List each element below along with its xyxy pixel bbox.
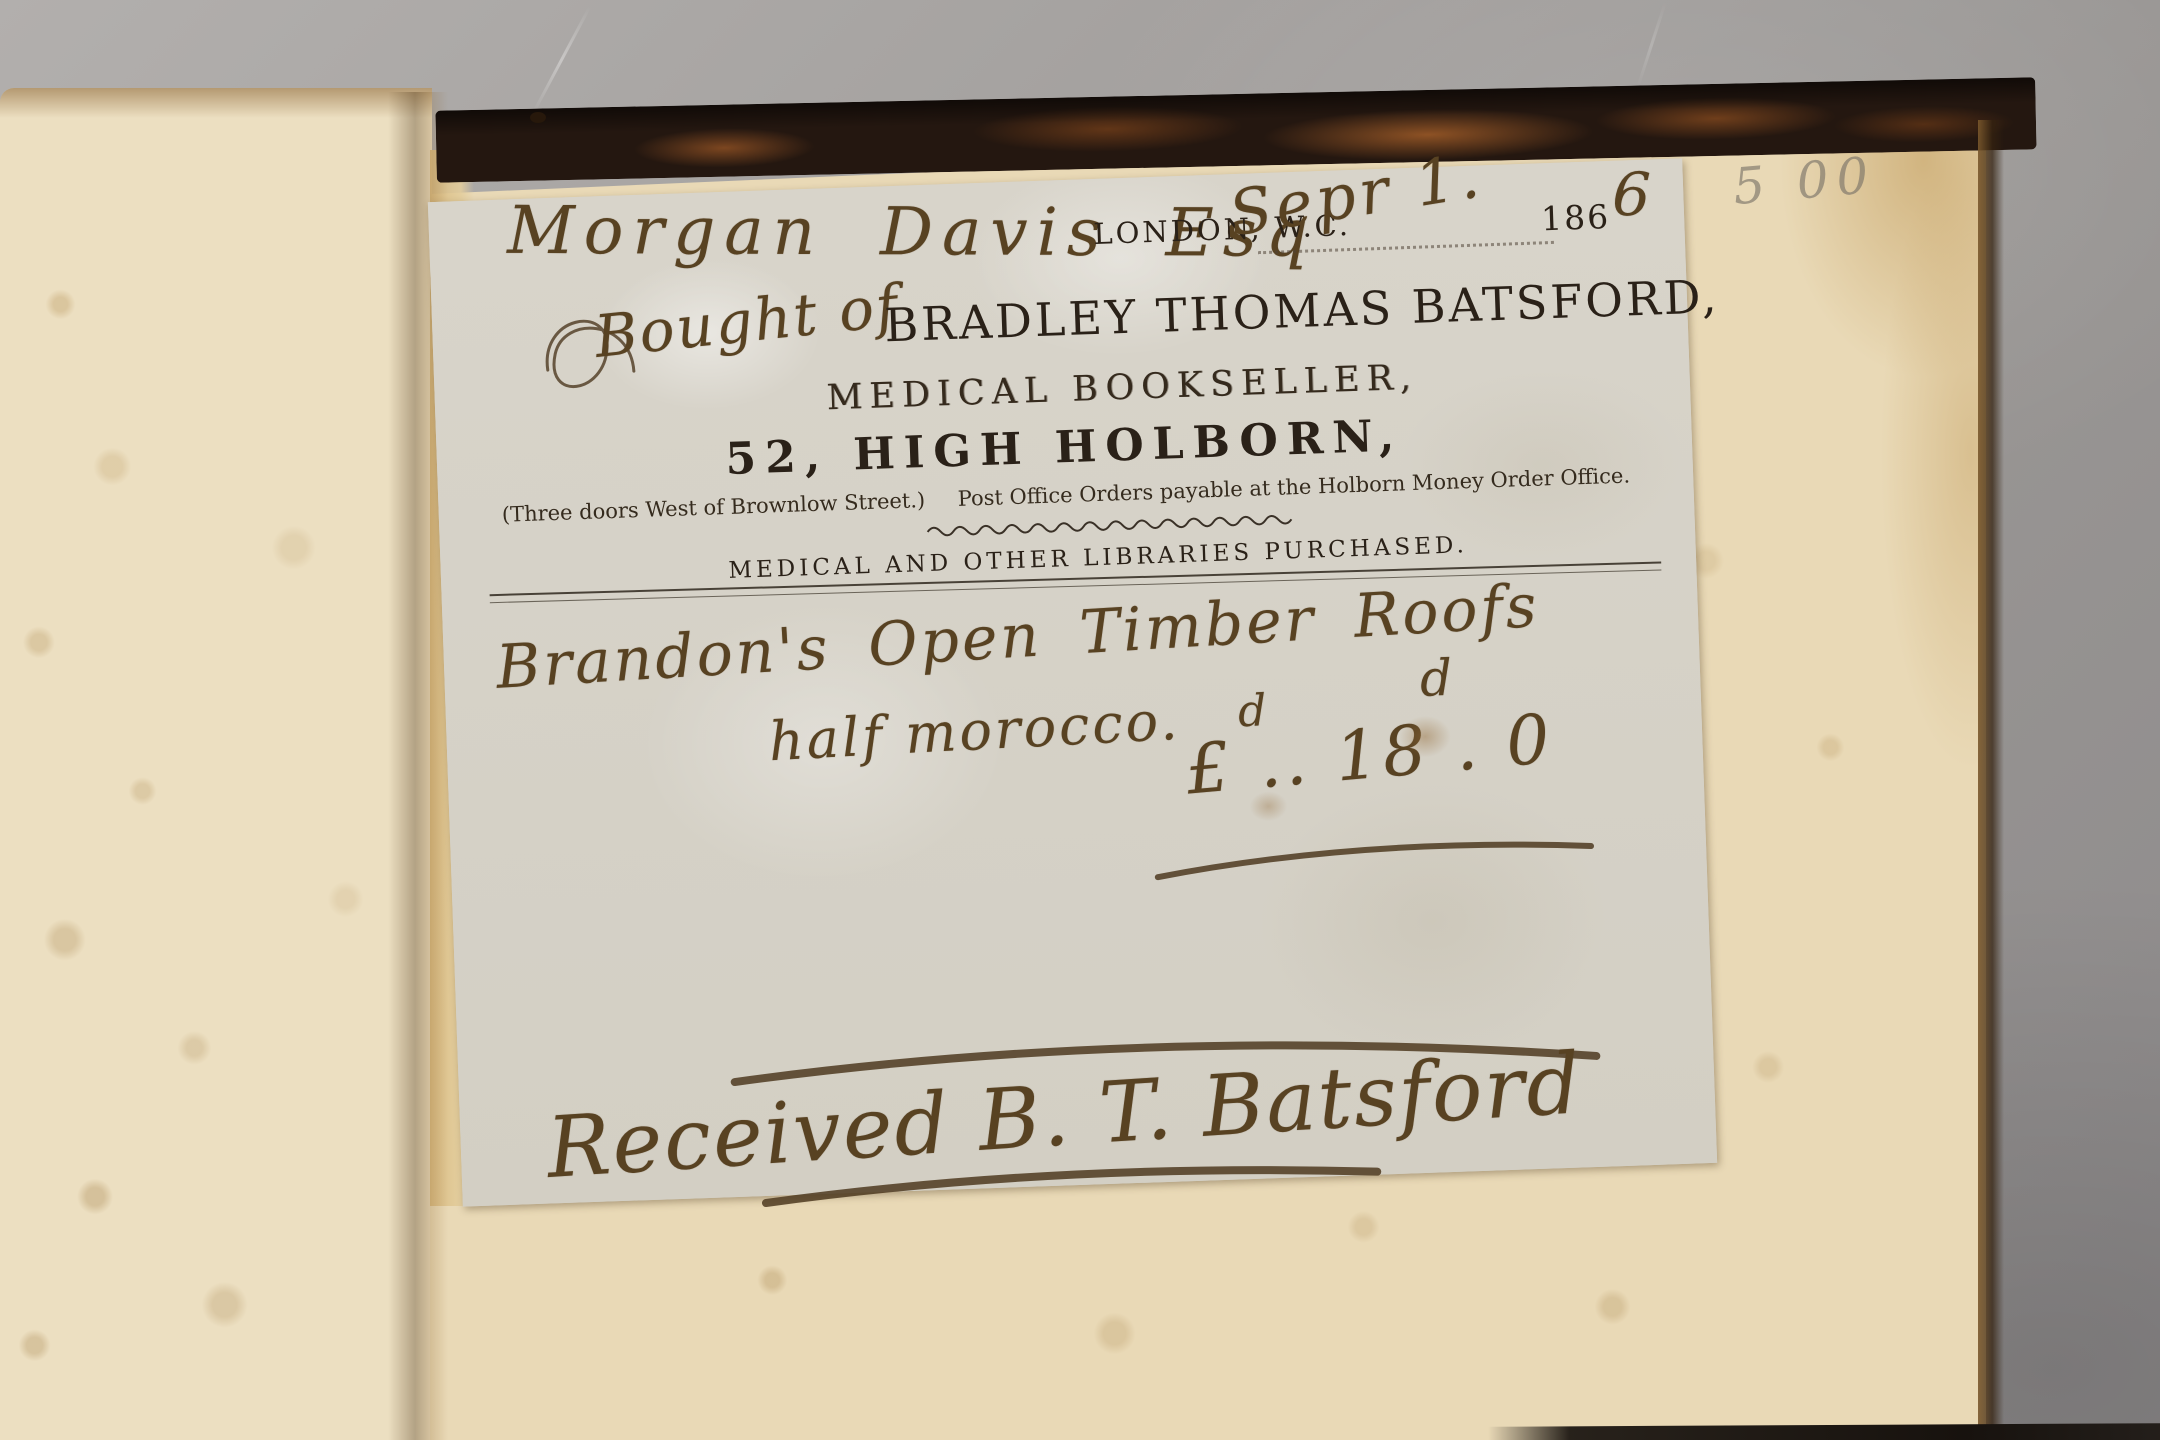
address-note: (Three doors West of Brownlow Street.) [488, 488, 938, 528]
bottom-shadow-strip [1488, 1423, 2160, 1440]
handwritten-year: 6 [1611, 160, 1652, 231]
receipt-paper: Morgan Davis Esq LONDON, W.C. Sepr 1. 18… [428, 158, 1717, 1206]
item-line-2: half morocco. [767, 689, 1181, 773]
seller-name: BRADLEY THOMAS BATSFORD, [883, 269, 1720, 352]
surface-scratch [1636, 2, 1667, 89]
left-page [0, 88, 432, 1440]
squiggle-divider [925, 510, 1305, 539]
surface-scratch [532, 6, 591, 113]
worm-hole [530, 112, 546, 123]
price-underline-flourish [1150, 820, 1602, 896]
printed-year: 186 [1540, 197, 1610, 238]
photo-background: 5 00 Morgan Davis Esq LONDON, W.C. Sepr … [0, 0, 2160, 1440]
bought-of-script: Bought of [591, 271, 902, 371]
receipt-stain [1249, 791, 1288, 822]
page-right-edge [1978, 120, 2004, 1440]
pence-mark-right: d [1419, 649, 1453, 708]
